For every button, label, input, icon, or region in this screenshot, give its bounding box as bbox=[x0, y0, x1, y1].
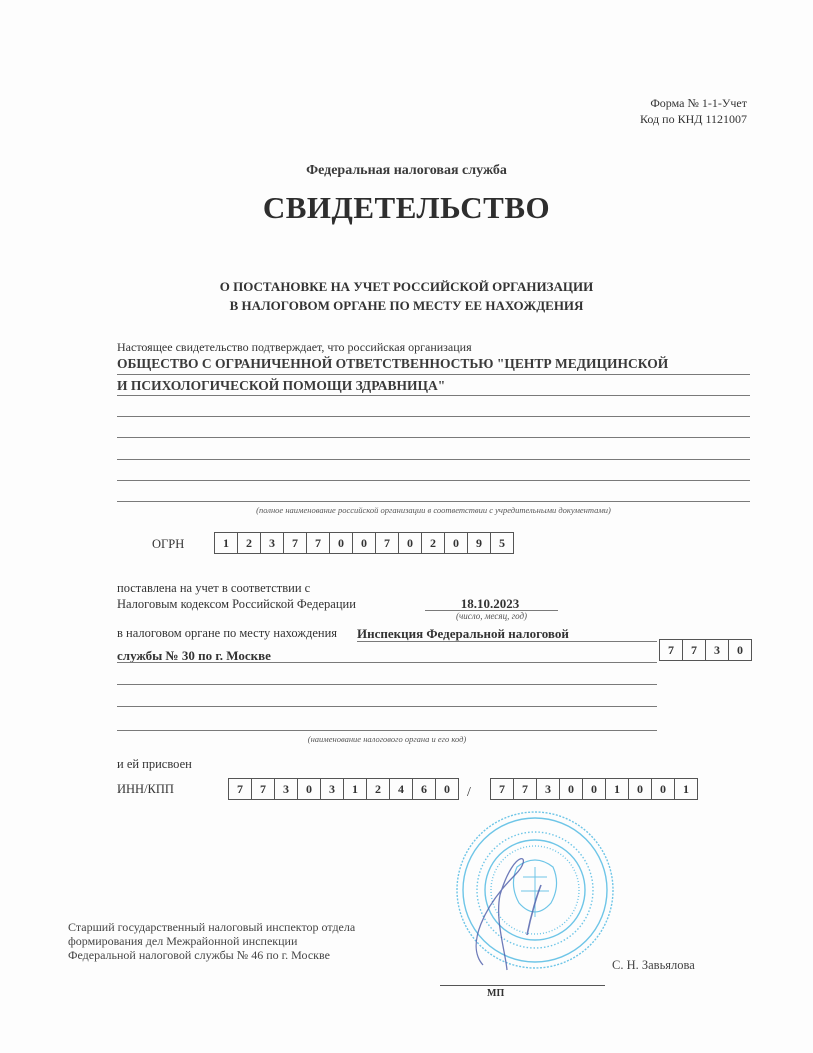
authority-rule bbox=[117, 684, 657, 685]
inn-digit: 3 bbox=[275, 779, 298, 799]
ogrn-digit: 0 bbox=[399, 533, 422, 553]
ogrn-digit: 7 bbox=[307, 533, 330, 553]
org-name-rule bbox=[117, 374, 750, 375]
agency-name: Федеральная налоговая служба bbox=[0, 163, 813, 179]
org-name-rule bbox=[117, 480, 750, 481]
inn-digit: 6 bbox=[413, 779, 436, 799]
ogrn-digit: 9 bbox=[468, 533, 491, 553]
ogrn-digit: 0 bbox=[445, 533, 468, 553]
registration-line-1: поставлена на учет в соответствии с bbox=[117, 581, 310, 596]
kpp-digit: 0 bbox=[560, 779, 583, 799]
signer-position-line-3: Федеральной налоговой службы № 46 по г. … bbox=[68, 948, 355, 962]
signature-rule bbox=[440, 985, 605, 986]
ogrn-digit: 0 bbox=[330, 533, 353, 553]
inn-digit: 0 bbox=[298, 779, 321, 799]
kpp-digit: 3 bbox=[537, 779, 560, 799]
org-name-rule bbox=[117, 416, 750, 417]
authority-caption: (наименование налогового органа и его ко… bbox=[117, 734, 657, 744]
document-title: СВИДЕТЕЛЬСТВО bbox=[0, 190, 813, 226]
signer-name: С. Н. Завьялова bbox=[612, 958, 695, 973]
inn-digit: 3 bbox=[321, 779, 344, 799]
org-name-rule bbox=[117, 459, 750, 460]
signer-position-line-2: формирования дел Межрайонной инспекции bbox=[68, 934, 355, 948]
signer-position-line-1: Старший государственный налоговый инспек… bbox=[68, 920, 355, 934]
kpp-digit: 7 bbox=[491, 779, 514, 799]
ogrn-digit: 2 bbox=[238, 533, 261, 553]
kpp-digit: 7 bbox=[514, 779, 537, 799]
knd-code: Код по КНД 1121007 bbox=[640, 111, 747, 127]
registration-line-2: Налоговым кодексом Российской Федерации bbox=[117, 597, 356, 612]
inn-digit: 2 bbox=[367, 779, 390, 799]
inn-kpp-separator: / bbox=[467, 785, 471, 801]
inn-digit: 7 bbox=[252, 779, 275, 799]
form-info: Форма № 1-1-Учет Код по КНД 1121007 bbox=[640, 95, 747, 127]
authority-rule bbox=[117, 662, 657, 663]
ogrn-boxes: 1237700702095 bbox=[214, 532, 514, 554]
ogrn-digit: 0 bbox=[353, 533, 376, 553]
certificate-intro: Настоящее свидетельство подтверждает, чт… bbox=[117, 340, 472, 355]
subtitle-line-1: О ПОСТАНОВКЕ НА УЧЕТ РОССИЙСКОЙ ОРГАНИЗА… bbox=[0, 277, 813, 296]
authority-code-digit: 0 bbox=[729, 640, 751, 660]
official-seal-stamp bbox=[445, 805, 620, 980]
inn-digit: 0 bbox=[436, 779, 458, 799]
org-name-rule bbox=[117, 395, 750, 396]
inn-digit: 1 bbox=[344, 779, 367, 799]
kpp-digit: 0 bbox=[583, 779, 606, 799]
authority-code-digit: 7 bbox=[683, 640, 706, 660]
date-caption: (число, месяц, год) bbox=[425, 611, 558, 621]
inn-kpp-label: ИНН/КПП bbox=[117, 782, 174, 797]
authority-code-digit: 3 bbox=[706, 640, 729, 660]
inn-boxes: 7730312460 bbox=[228, 778, 459, 800]
inn-digit: 4 bbox=[390, 779, 413, 799]
org-name-caption: (полное наименование российской организа… bbox=[117, 505, 750, 515]
ogrn-digit: 5 bbox=[491, 533, 513, 553]
ogrn-digit: 2 bbox=[422, 533, 445, 553]
kpp-digit: 0 bbox=[629, 779, 652, 799]
org-name-rule bbox=[117, 437, 750, 438]
authority-label: в налоговом органе по месту нахождения bbox=[117, 626, 337, 641]
ogrn-digit: 1 bbox=[215, 533, 238, 553]
form-number: Форма № 1-1-Учет bbox=[640, 95, 747, 111]
ogrn-digit: 7 bbox=[376, 533, 399, 553]
ogrn-digit: 7 bbox=[284, 533, 307, 553]
org-name-line-2: И ПСИХОЛОГИЧЕСКОЙ ПОМОЩИ ЗДРАВНИЦА" bbox=[117, 378, 445, 394]
authority-rule bbox=[117, 730, 657, 731]
authority-rule bbox=[117, 706, 657, 707]
authority-rule bbox=[357, 641, 657, 642]
authority-name-line-1: Инспекция Федеральной налоговой bbox=[357, 626, 569, 642]
subtitle-line-2: В НАЛОГОВОМ ОРГАНЕ ПО МЕСТУ ЕЕ НАХОЖДЕНИ… bbox=[0, 296, 813, 315]
org-name-rule bbox=[117, 501, 750, 502]
ogrn-label: ОГРН bbox=[152, 537, 184, 552]
authority-code-digit: 7 bbox=[660, 640, 683, 660]
kpp-digit: 1 bbox=[675, 779, 697, 799]
kpp-digit: 0 bbox=[652, 779, 675, 799]
document-subtitle: О ПОСТАНОВКЕ НА УЧЕТ РОССИЙСКОЙ ОРГАНИЗА… bbox=[0, 277, 813, 315]
inn-digit: 7 bbox=[229, 779, 252, 799]
seal-place-label: МП bbox=[487, 988, 504, 999]
signer-position: Старший государственный налоговый инспек… bbox=[68, 920, 355, 962]
kpp-boxes: 773001001 bbox=[490, 778, 698, 800]
org-name-line-1: ОБЩЕСТВО С ОГРАНИЧЕННОЙ ОТВЕТСТВЕННОСТЬЮ… bbox=[117, 356, 668, 372]
authority-code-boxes: 7730 bbox=[659, 639, 752, 661]
ogrn-digit: 3 bbox=[261, 533, 284, 553]
assigned-label: и ей присвоен bbox=[117, 757, 192, 772]
kpp-digit: 1 bbox=[606, 779, 629, 799]
